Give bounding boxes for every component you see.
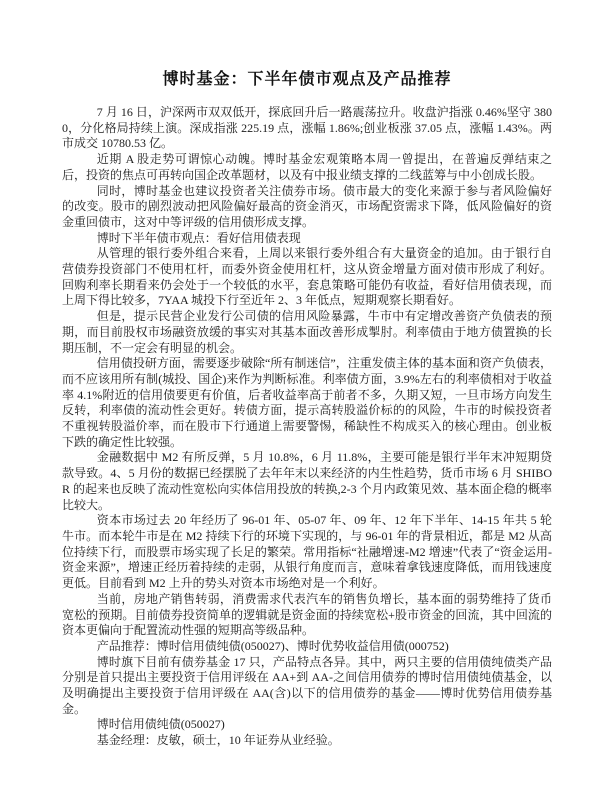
paragraph-current-fundamentals: 当前，房地产销售转弱，消费需求代表汽车的销售负增长，基本面的弱势维持了货币宽松的… xyxy=(62,592,552,639)
paragraph-fund-manager: 基金经理：皮敏，硕士，10 年证券从业经验。 xyxy=(62,733,552,749)
paragraph-fund-lineup: 博时旗下目前有债券基金 17 只，产品特点各异。其中，两只主要的信用债纯债类产品… xyxy=(62,655,552,718)
paragraph-bond-market-advice: 同时，博时基金也建议投资者关注债券市场。债市最大的变化来源于参与者风险偏好的改变… xyxy=(62,184,552,231)
paragraph-market-recap: 7 月 16 日，沪深两市双双低开，探底回升后一路震荡拉升。收盘沪指涨 0.46… xyxy=(62,105,552,152)
paragraph-a-share-strategy: 近期 A 股走势可谓惊心动魄。博时基金宏观策略本周一曾提出，在普遍反弹结束之后，… xyxy=(62,152,552,183)
section-heading-bond-outlook: 博时下半年债市观点：看好信用债表现 xyxy=(62,231,552,247)
document-title: 博时基金：下半年债市观点及产品推荐 xyxy=(62,70,552,90)
section-heading-product-recommendation: 产品推荐：博时信用债纯债(050027)、博时优势收益信用债(000752) xyxy=(62,639,552,655)
paragraph-credit-bond-research: 信用债投研方面，需要逐步破除“所有制迷信”，注重发债主体的基本面和资产负债表，而… xyxy=(62,356,552,450)
document-body: 7 月 16 日，沪深两市双双低开，探底回升后一路震荡拉升。收盘沪指涨 0.46… xyxy=(62,105,552,749)
document-page: 博时基金：下半年债市观点及产品推荐 7 月 16 日，沪深两市双双低开，探底回升… xyxy=(0,0,612,792)
paragraph-bull-market-history: 资本市场过去 20 年经历了 96-01 年、05-07 年、09 年、12 年… xyxy=(62,513,552,592)
paragraph-credit-risk-warning: 但是，提示民营企业发行公司债的信用风险暴露，牛市中有定增改善资产负债表的预期，而… xyxy=(62,309,552,356)
paragraph-bank-outsourced-funds: 从管理的银行委外组合来看，上周以来银行委外组合有大量资金的追加。由于银行自营债券… xyxy=(62,246,552,309)
paragraph-m2-data: 金融数据中 M2 有所反弹，5 月 10.8%，6 月 11.8%，主要可能是银… xyxy=(62,450,552,513)
paragraph-fund-name: 博时信用债纯债(050027) xyxy=(62,717,552,733)
